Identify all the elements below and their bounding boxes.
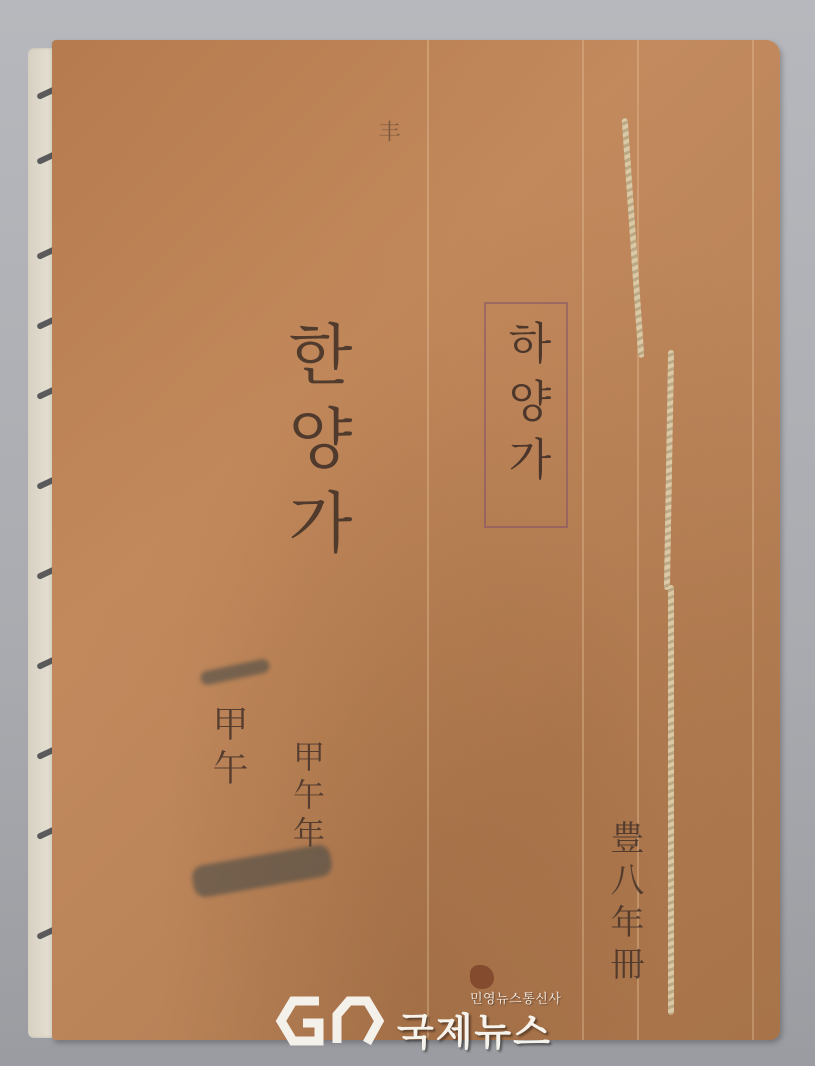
note-right: 豊八年冊: [600, 820, 649, 988]
book: 丰 한양가 하양가 甲午 甲午年 豊八年冊: [28, 40, 780, 1040]
binding-cord: [622, 118, 645, 358]
watermark-name: 국제뉴스: [397, 1001, 552, 1056]
binding-cord: [664, 350, 674, 590]
note-middle: 甲午年: [284, 740, 330, 854]
gn-logo-icon: [275, 991, 385, 1051]
main-title: 한양가: [267, 320, 362, 572]
paper-crease: [752, 40, 754, 1040]
faint-character: 丰: [372, 120, 403, 142]
paper-crease: [427, 40, 429, 1040]
book-cover: 丰 한양가 하양가 甲午 甲午年 豊八年冊: [52, 40, 780, 1040]
ink-smudge: [199, 658, 270, 686]
note-left: 甲午: [202, 705, 253, 793]
ink-smudge: [190, 843, 333, 899]
paper-crease: [582, 40, 584, 1040]
news-watermark: 민영뉴스통신사 국제뉴스: [275, 985, 575, 1055]
title-label: 하양가: [493, 320, 557, 494]
binding-cord: [668, 585, 674, 1015]
